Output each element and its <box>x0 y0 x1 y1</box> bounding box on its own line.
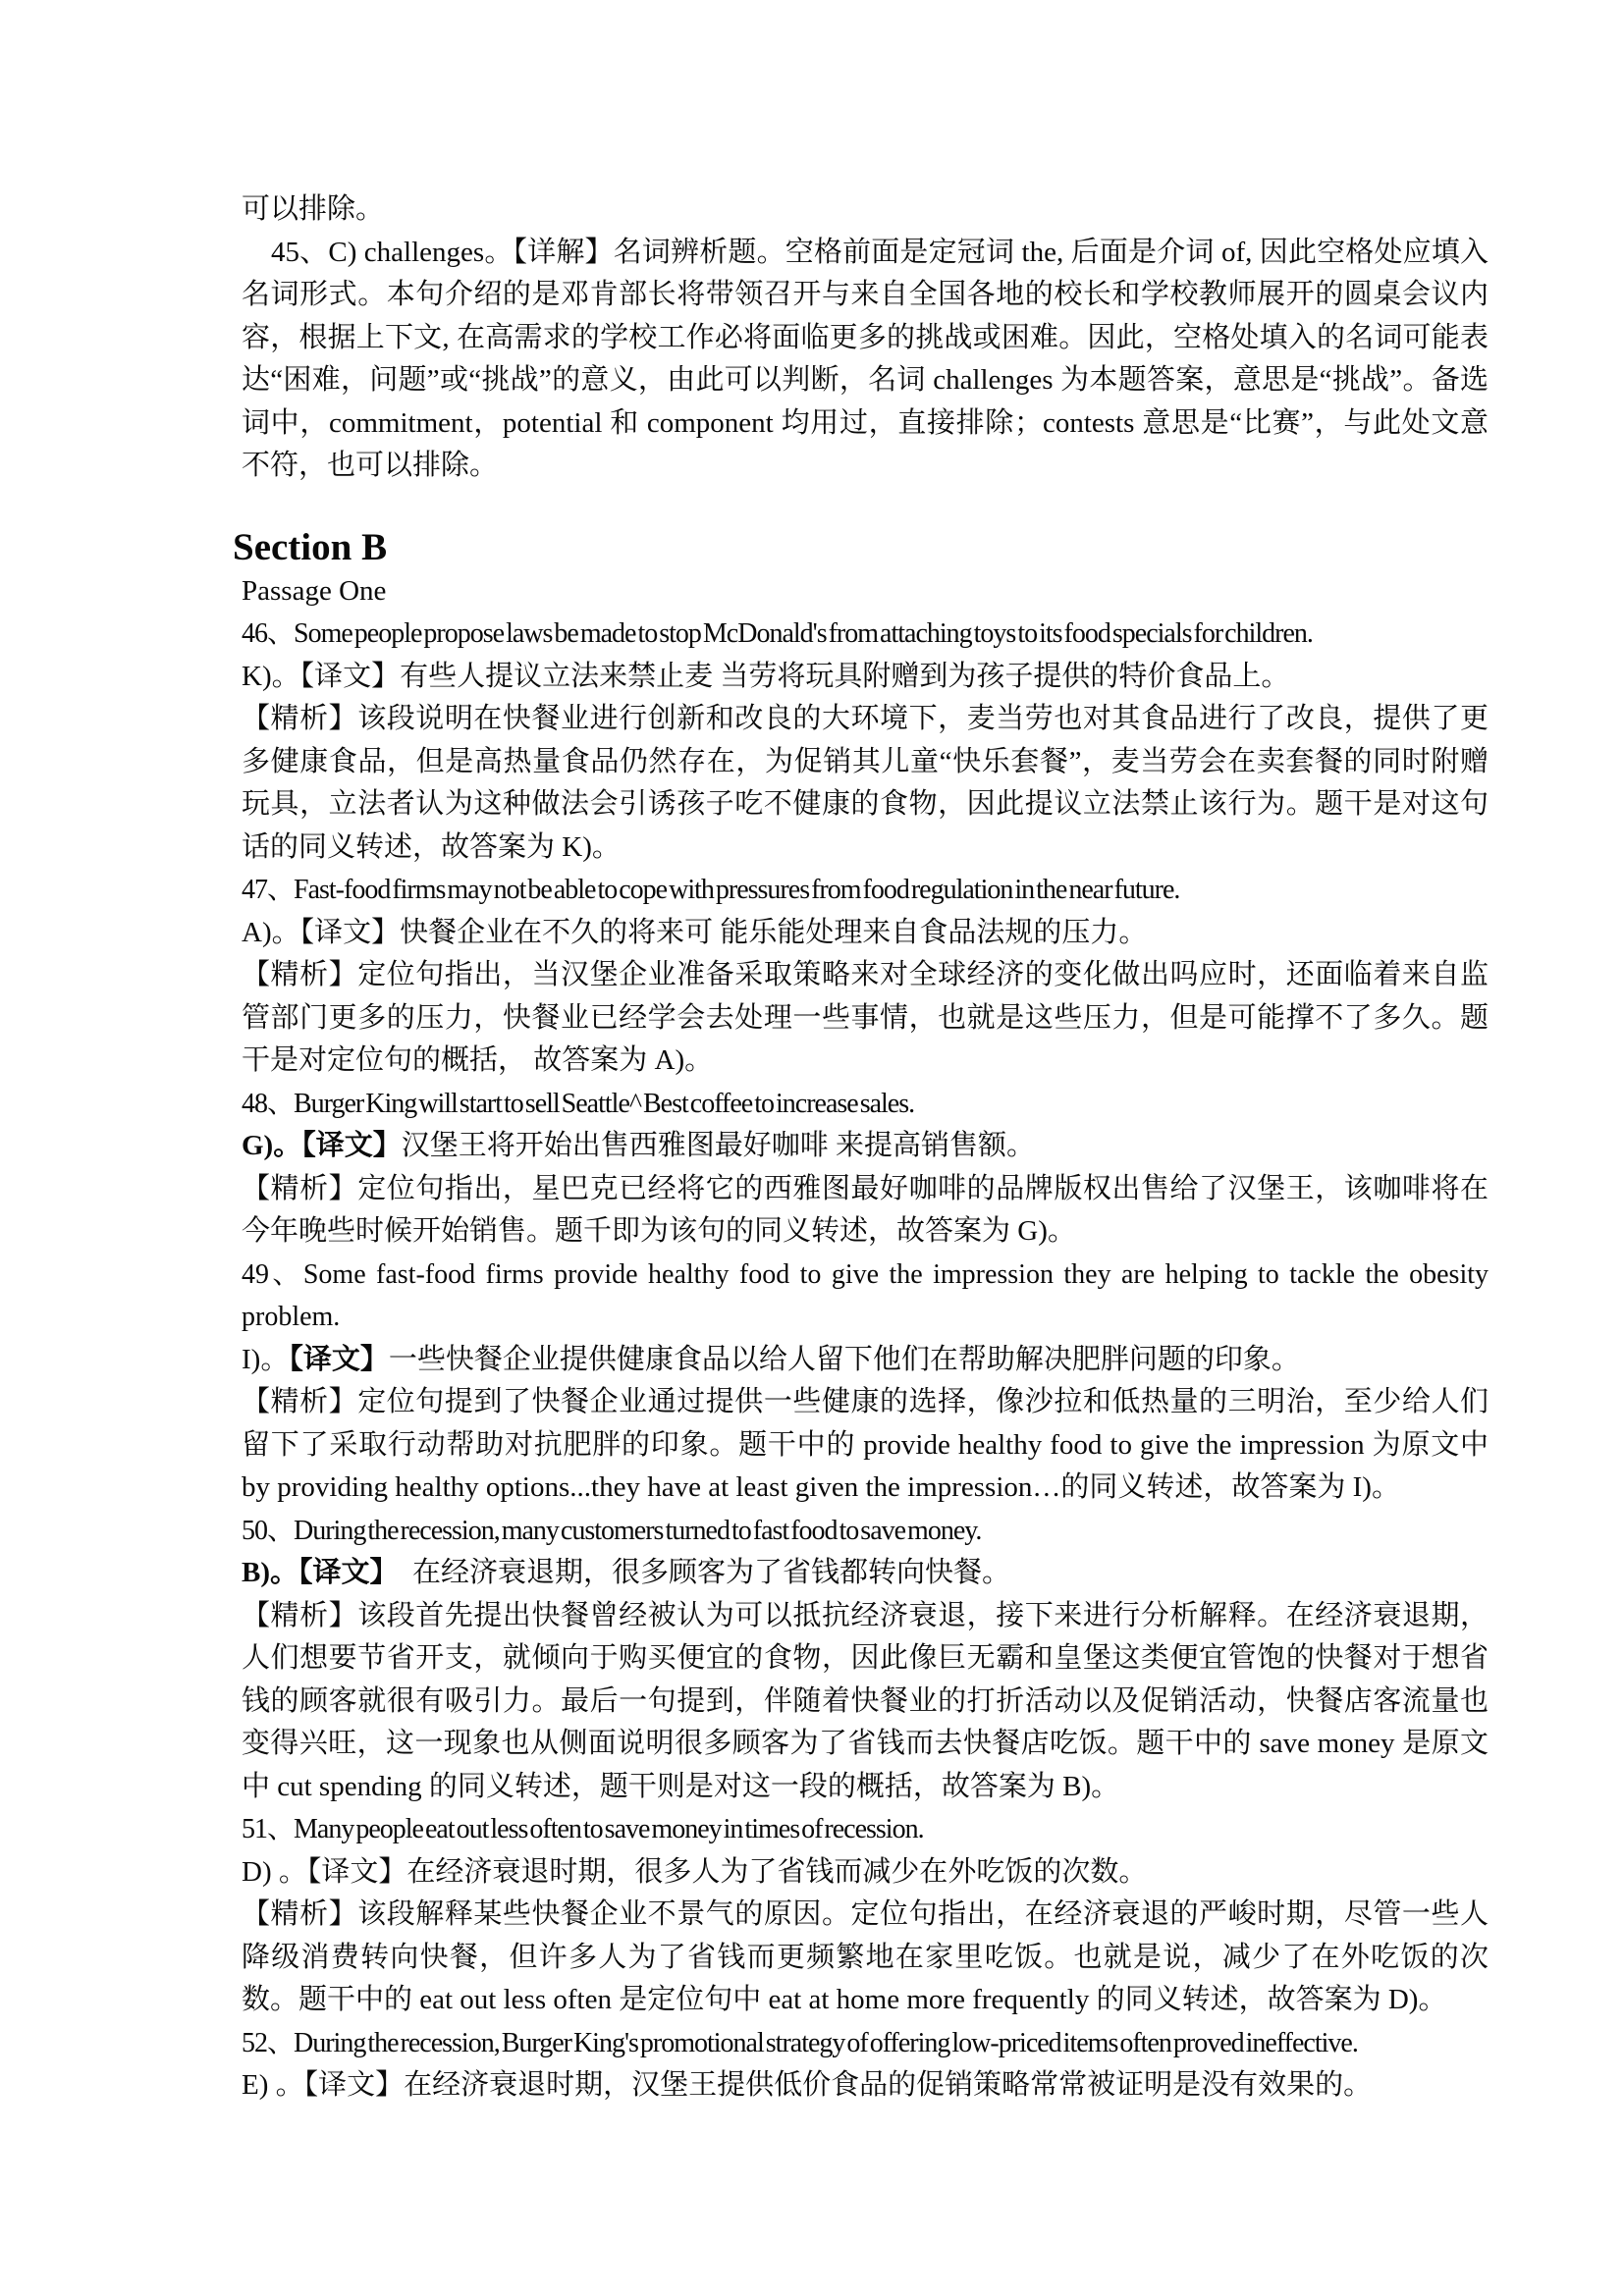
answer-48-option: G)。 <box>242 1130 301 1161</box>
translation-50-text: 在经济衰退期，很多顾客为了省钱都转向快餐。 <box>384 1557 1010 1588</box>
translation-52-label: 【译文】 <box>304 2069 405 2101</box>
answer-52-line: E) 。【译文】在经济衰退时期，汉堡王提供低价食品的促销策略常常被证明是没有效果… <box>242 2064 1489 2108</box>
translation-49-text: 一些快餐企业提供健康食品以给人留下他们在帮助解决肥胖问题的印象。 <box>389 1344 1300 1375</box>
answer-47-option: A)。 <box>242 917 300 948</box>
question-47-statement: 47、Fast-food firms may not be able to co… <box>242 869 1489 912</box>
answer-50-option: B)。 <box>242 1557 298 1588</box>
translation-47-label: 【译文】 <box>300 917 401 948</box>
document-page: 可以排除。 45、C) challenges。【详解】名词辨析题。空格前面是定冠… <box>0 0 1624 2296</box>
question-51-statement: 51、Many people eat out less often to sav… <box>242 1808 1489 1851</box>
translation-51-label: 【译文】 <box>307 1856 407 1888</box>
answer-49-line: I)。【译文】一些快餐企业提供健康食品以给人留下他们在帮助解决肥胖问题的印象。 <box>242 1339 1489 1382</box>
answer-48-line: G)。【译文】汉堡王将开始出售西雅图最好咖啡 来提高销售额。 <box>242 1125 1489 1168</box>
translation-52-text: 在经济衰退时期，汉堡王提供低价食品的促销策略常常被证明是没有效果的。 <box>404 2069 1372 2101</box>
answer-49-option: I)。 <box>242 1344 289 1375</box>
analysis-48-text: 【精析】定位句指出，星巴克已经将它的西雅图最好咖啡的品牌版权出售给了汉堡王，该咖… <box>242 1168 1489 1254</box>
page-content: 可以排除。 45、C) challenges。【详解】名词辨析题。空格前面是定冠… <box>242 188 1489 2108</box>
translation-49-label: 【译文】 <box>289 1344 389 1375</box>
passage-one-label: Passage One <box>242 570 1489 614</box>
analysis-49-text: 【精析】定位句提到了快餐企业通过提供一些健康的选择，像沙拉和低热量的三明治，至少… <box>242 1381 1489 1510</box>
question-48-statement: 48、Burger King will start to sell Seattl… <box>242 1083 1489 1126</box>
analysis-46-text: 【精析】该段说明在快餐业进行创新和改良的大环境下，麦当劳也对其食品进行了改良，提… <box>242 698 1489 869</box>
question-49-statement: 49、Some fast-food firms provide healthy … <box>242 1254 1489 1339</box>
translation-51-text: 在经济衰退时期，很多人为了省钱而减少在外吃饭的次数。 <box>406 1856 1147 1888</box>
translation-50-label: 【译文】 <box>298 1557 384 1588</box>
previous-paragraph-tail: 可以排除。 <box>242 188 1489 232</box>
translation-46-text: 有些人提议立法来禁止麦 当劳将玩具附赠到为孩子提供的特价食品上。 <box>400 661 1289 692</box>
question-52-statement: 52、During the recession, Burger King's p… <box>242 2022 1489 2065</box>
translation-48-text: 汉堡王将开始出售西雅图最好咖啡 来提高销售额。 <box>402 1130 1035 1161</box>
analysis-50-text: 【精析】该段首先提出快餐曾经被认为可以抵抗经济衰退，接下来进行分析解释。在经济衰… <box>242 1595 1489 1809</box>
section-b-heading: Section B <box>233 525 1489 570</box>
answer-52-option: E) 。 <box>242 2069 304 2101</box>
answer-51-option: D) 。 <box>242 1856 307 1888</box>
answer-46-option: K)。 <box>242 661 300 692</box>
analysis-51-text: 【精析】该段解释某些快餐企业不景气的原因。定位句指出，在经济衰退的严峻时期，尽管… <box>242 1894 1489 2022</box>
answer-51-line: D) 。【译文】在经济衰退时期，很多人为了省钱而减少在外吃饭的次数。 <box>242 1851 1489 1895</box>
answer-50-line: B)。【译文】 在经济衰退期，很多顾客为了省钱都转向快餐。 <box>242 1552 1489 1595</box>
answer-46-line: K)。【译文】有些人提议立法来禁止麦 当劳将玩具附赠到为孩子提供的特价食品上。 <box>242 656 1489 699</box>
translation-46-label: 【译文】 <box>300 661 401 692</box>
answer-47-line: A)。【译文】快餐企业在不久的将来可 能乐能处理来自食品法规的压力。 <box>242 912 1489 955</box>
translation-47-text: 快餐企业在不久的将来可 能乐能处理来自食品法规的压力。 <box>400 917 1147 948</box>
question-50-statement: 50、During the recession, many customers … <box>242 1510 1489 1553</box>
translation-48-label: 【译文】 <box>301 1130 402 1161</box>
question-46-statement: 46、Some people propose laws be made to s… <box>242 613 1489 656</box>
explanation-45: 45、C) challenges。【详解】名词辨析题。空格前面是定冠词 the,… <box>242 232 1489 488</box>
analysis-47-text: 【精析】定位句指出，当汉堡企业准备采取策略来对全球经济的变化做出吗应时，还面临着… <box>242 954 1489 1083</box>
